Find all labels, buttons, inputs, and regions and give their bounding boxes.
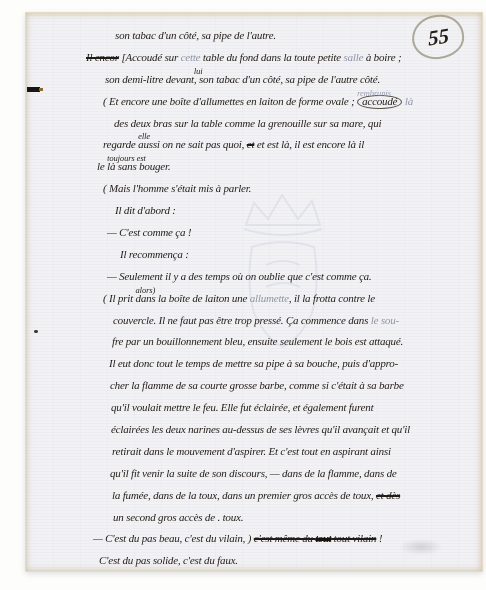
manuscript-line: des deux bras sur la table comme la gren… (114, 114, 482, 136)
handwritten-text: table du fond dans la toute petite (200, 52, 343, 64)
handwritten-text: son tabac d'un côté, sa pipe de l'autre. (115, 30, 276, 42)
manuscript-lines: son tabac d'un côté, sa pipe de l'autre.… (26, 26, 482, 572)
handwritten-text: ! (376, 533, 382, 545)
handwritten-text: c'est même du (254, 533, 316, 545)
manuscript-line: couvercle. Il ne faut pas être trop pres… (113, 311, 482, 333)
handwritten-text: , son tabac d'un côté, sa pipe de l'autr… (194, 74, 380, 86)
handwritten-text: qu'il fit venir la suite de (110, 468, 212, 480)
handwritten-text: tout vilain (331, 533, 376, 545)
handwritten-text: — C'est comme ça ! (107, 227, 191, 239)
handwritten-text: , il la frotta contre le (289, 293, 375, 305)
handwritten-text: retirait dans le mouvement d'aspirer. Et… (112, 446, 391, 458)
manuscript-line: Il eut donc tout le temps de mettre sa p… (109, 354, 482, 376)
handwritten-text: là (405, 96, 413, 108)
manuscript-line: cher la flamme de sa courte grosse barbe… (110, 376, 482, 398)
scan-background: 55 son tabac d'un côté, sa pipe de l'aut… (0, 0, 486, 590)
handwritten-text: feu. Elle fut éclairée, et également fur… (203, 402, 374, 414)
manuscript-page: 55 son tabac d'un côté, sa pipe de l'aut… (25, 12, 483, 572)
manuscript-line: fre par un bouillonnement bleu, ensuite … (112, 332, 482, 354)
handwritten-text: cher la flamme de sa courte grosse barbe… (110, 380, 404, 392)
manuscript-line: ( Et encore une boîte d'allumettes en la… (103, 92, 482, 114)
handwritten-text: à boire ; (363, 52, 401, 64)
handwritten-text: couvercle. Il ne faut pas être trop pres… (113, 315, 371, 327)
interlinear-addition: rembrunis (357, 83, 391, 105)
interlinear-addition: elle (138, 126, 150, 148)
manuscript-line: Il recommença : (120, 245, 482, 267)
handwritten-text: son discours, — dans de la flamme, dans … (212, 468, 397, 480)
manuscript-line: regarde elleaussi on ne sait pas quoi, e… (103, 135, 482, 157)
interlinear-addition: toujours est (107, 148, 146, 170)
gray-smudge (399, 539, 443, 555)
interlinear-addition: lui (194, 61, 203, 83)
manuscript-line: — C'est comme ça ! (107, 223, 482, 245)
handwritten-text: qu'il voulait mettre le (111, 402, 203, 414)
manuscript-line: retirait dans le mouvement d'aspirer. Et… (112, 442, 482, 464)
handwritten-text: son demi-litre devant (105, 74, 194, 86)
manuscript-line: son tabac d'un côté, sa pipe de l'autre. (115, 26, 482, 48)
handwritten-text: et est là, il est encore là il (254, 139, 364, 151)
handwritten-text: des deux bras sur la table comme la gren… (114, 118, 381, 130)
handwritten-text: ( Mais l'homme s'était mis à parler. (103, 183, 251, 195)
manuscript-line: la fumée, dans de la toux, dans un premi… (112, 486, 482, 508)
left-margin-ink-dot (34, 330, 38, 333)
manuscript-line: Il encor [Accoudé sur cette table du fon… (86, 48, 482, 70)
handwritten-text: — C'est du pas beau, c'est du vilain, ) (93, 533, 254, 545)
handwritten-text: ( Il prit (103, 293, 136, 305)
manuscript-line: éclairées les deux narines au-dessus de … (111, 420, 482, 442)
manuscript-line: — Seulement il y a des temps où on oubli… (107, 267, 482, 289)
handwritten-text: allumette (250, 293, 289, 305)
manuscript-line: ( Il prit alors)dans la boîte de laiton … (103, 289, 482, 311)
handwritten-text: tout (315, 533, 331, 545)
manuscript-line: son demi-litre devantlui, son tabac d'un… (105, 70, 482, 92)
manuscript-line: qu'il fit venir la suite de son discours… (110, 464, 482, 486)
handwritten-text: éclairées les deux narines au-dessus de … (111, 424, 410, 436)
handwritten-text: aussi on ne sait pas quoi, (138, 139, 247, 151)
handwritten-text: . toux. (217, 512, 243, 524)
handwritten-text: fre par un bouillonnement bleu, ensuite … (112, 336, 403, 348)
handwritten-text: et dès (376, 490, 400, 502)
handwritten-text: le sou- (371, 315, 399, 327)
handwritten-text: Il encor (86, 52, 119, 64)
manuscript-line: un second gros accès de . toux. (113, 508, 482, 530)
handwritten-text: un second gros accès de (113, 512, 217, 524)
handwritten-text: C'est du pas solide, c'est du faux. (99, 555, 238, 567)
interlinear-addition: alors) (136, 280, 156, 302)
manuscript-line: le toujours est là sans bouger. (97, 157, 482, 179)
manuscript-line: ( Mais l'homme s'était mis à parler. (103, 179, 482, 201)
handwritten-text: Il dit d'abord : (115, 205, 176, 217)
handwritten-text: Il eut donc tout le temps de mettre sa p… (109, 358, 398, 370)
handwritten-text: le (97, 161, 107, 173)
manuscript-line: qu'il voulait mettre le feu. Elle fut éc… (111, 398, 482, 420)
handwritten-text: [Accoudé sur (119, 52, 181, 64)
handwritten-text: salle (343, 52, 363, 64)
handwritten-text: la fumée, dans de la toux, dans un premi… (112, 490, 376, 502)
left-margin-ink-dash (27, 87, 40, 92)
handwritten-text: ( Et encore une boîte d'allumettes en la… (103, 96, 357, 108)
handwritten-text: Il recommença : (120, 249, 189, 261)
manuscript-line: Il dit d'abord : (115, 201, 482, 223)
